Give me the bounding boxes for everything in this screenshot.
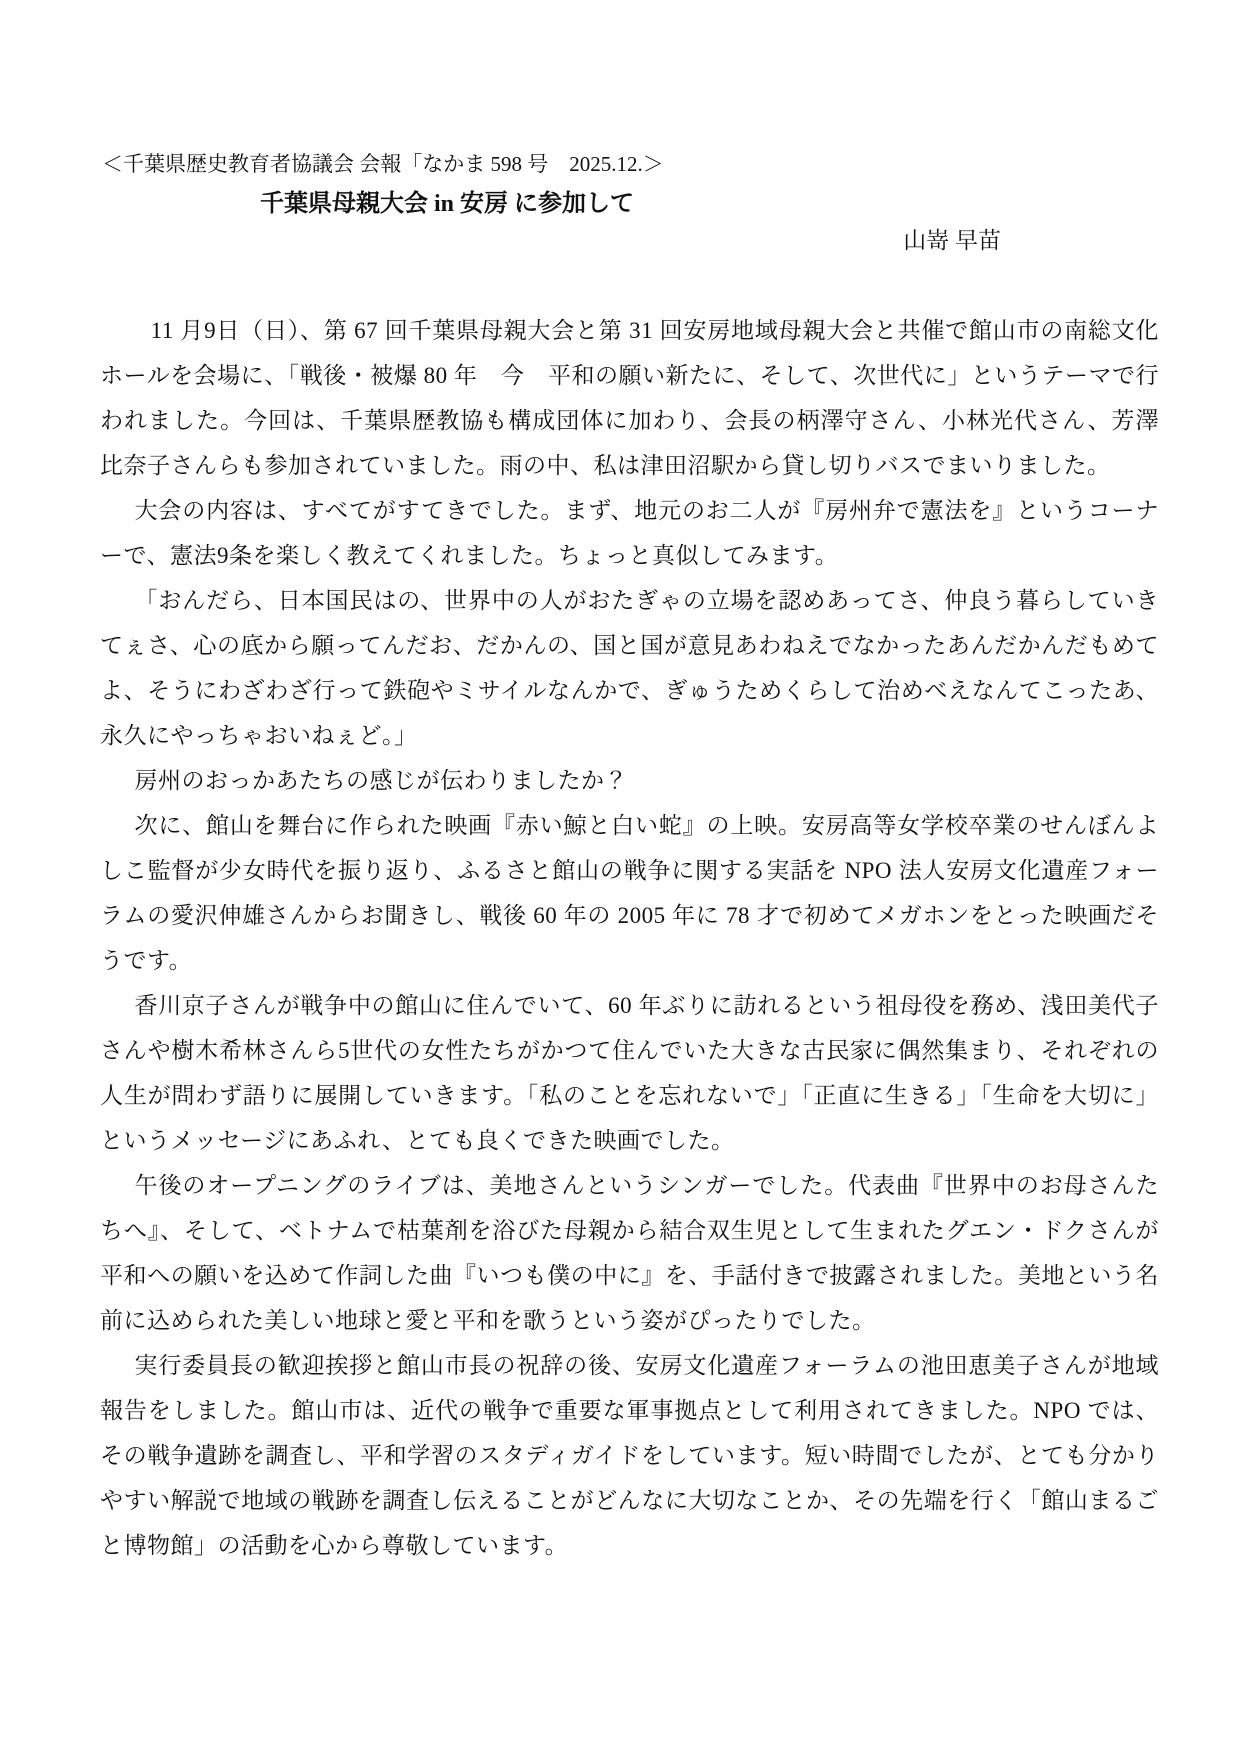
paragraph-1: 11 月9日（日）、第 67 回千葉県母親大会と第 31 回安房地域母親大会と共…: [100, 308, 1159, 488]
document-page: ＜千葉県歴史教育者協議会 会報「なかま 598 号 2025.12.＞ 千葉県母…: [0, 0, 1241, 1755]
article-title: 千葉県母親大会 in 安房 に参加して: [260, 188, 1159, 220]
paragraph-3: 「おんだら、日本国民はの、世界中の人がおたぎゃの立場を認めあってさ、仲良う暮らし…: [100, 578, 1159, 758]
paragraph-6: 香川京子さんが戦争中の館山に住んでいて、60 年ぶりに訪れるという祖母役を務め、…: [100, 983, 1159, 1163]
paragraph-4: 房州のおっかあたちの感じが伝わりましたか？: [100, 758, 1159, 803]
newsletter-source-line: ＜千葉県歴史教育者協議会 会報「なかま 598 号 2025.12.＞: [102, 150, 1159, 178]
paragraph-8: 実行委員長の歓迎挨拶と館山市長の祝辞の後、安房文化遺産フォーラムの池田恵美子さん…: [100, 1343, 1159, 1568]
paragraph-5: 次に、館山を舞台に作られた映画『赤い鯨と白い蛇』の上映。安房高等女学校卒業のせん…: [100, 803, 1159, 983]
author-name: 山嵜 早苗: [100, 226, 1159, 256]
paragraph-2: 大会の内容は、すべてがすてきでした。まず、地元のお二人が『房州弁で憲法を』という…: [100, 488, 1159, 578]
paragraph-7: 午後のオープニングのライブは、美地さんというシンガーでした。代表曲『世界中のお母…: [100, 1163, 1159, 1343]
article-body: 11 月9日（日）、第 67 回千葉県母親大会と第 31 回安房地域母親大会と共…: [100, 308, 1159, 1568]
